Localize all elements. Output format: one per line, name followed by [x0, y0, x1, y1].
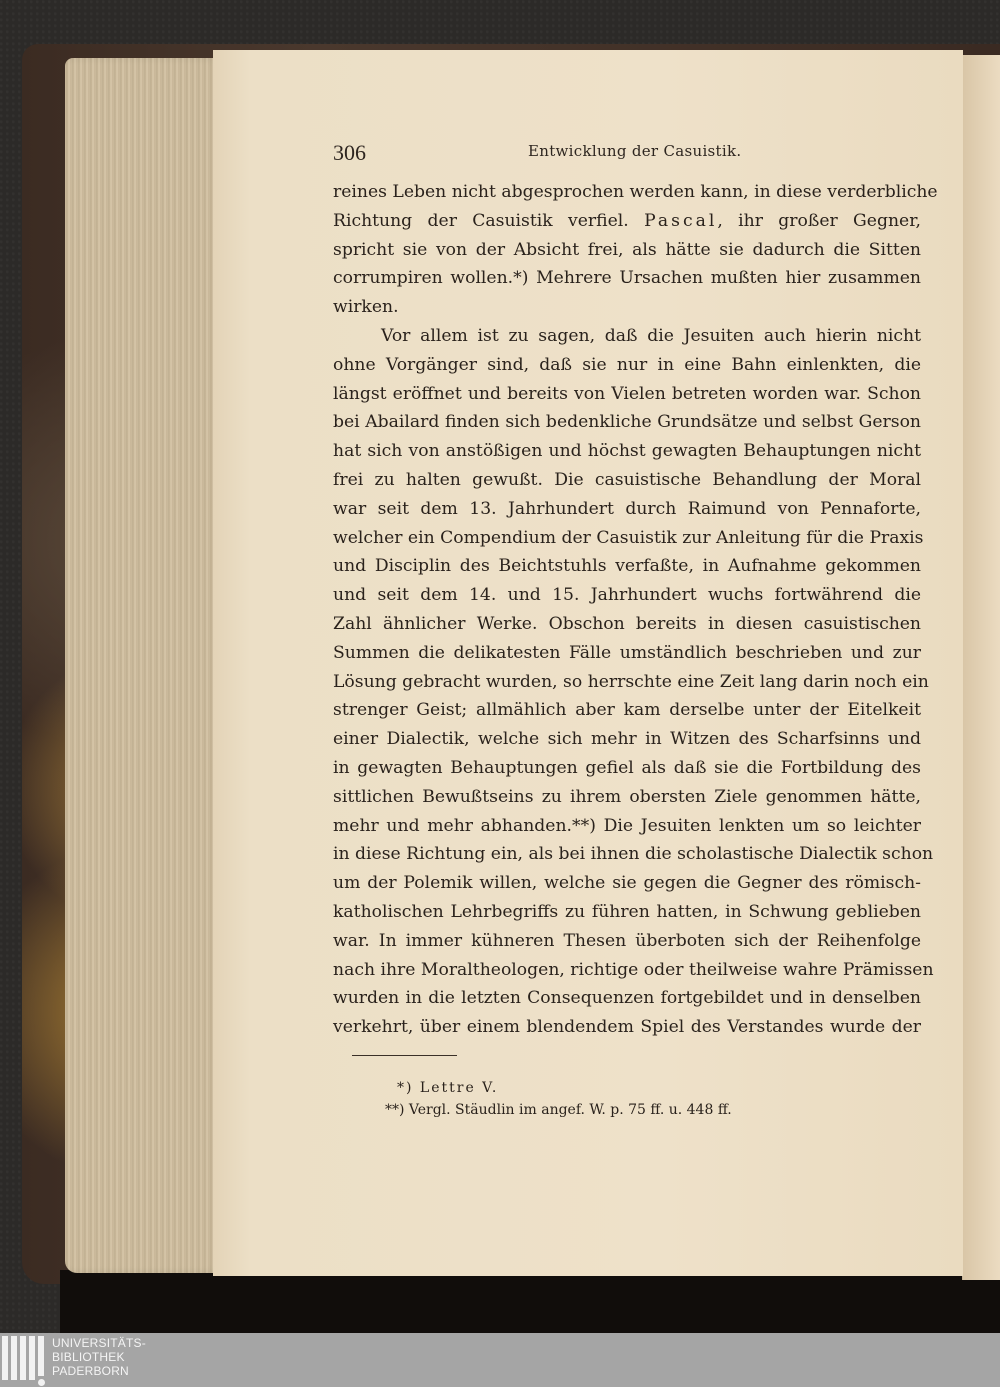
- text-line: war seit dem 13. Jahrhundert durch Raimu…: [333, 495, 921, 524]
- paragraph-start: Vor allem ist zu sagen, daß die Jesuiten…: [333, 322, 921, 351]
- text-line: frei zu halten gewußt. Die casuistische …: [333, 466, 921, 495]
- book-shadow: [60, 1270, 1000, 1333]
- library-name-line: PADERBORN: [52, 1364, 146, 1378]
- text-line: Richtung der Casuistik verfiel. Pascal, …: [333, 207, 921, 236]
- text-span: Richtung der Casuistik verfiel.: [333, 211, 629, 231]
- footnote-2: **) Vergl. Stäudlin im angef. W. p. 75 f…: [385, 1099, 885, 1121]
- facing-page-edge: [962, 55, 1000, 1280]
- library-footer: UNIVERSITÄTS- BIBLIOTHEK PADERBORN: [0, 1333, 1000, 1387]
- text-line: hat sich von anstößigen und höchst gewag…: [333, 437, 921, 466]
- text-line: reines Leben nicht abgesprochen werden k…: [333, 178, 921, 207]
- text-line: bei Abailard finden sich bedenkliche Gru…: [333, 408, 921, 437]
- text-line: strenger Geist; allmählich aber kam ders…: [333, 696, 921, 725]
- name-pascal: Pascal: [644, 211, 717, 231]
- running-head-title: Entwicklung der Casuistik.: [528, 142, 741, 160]
- text-line: ohne Vorgänger sind, daß sie nur in eine…: [333, 351, 921, 380]
- text-line: mehr und mehr abhanden.**) Die Jesuiten …: [333, 812, 921, 841]
- text-line: Summen die delikatesten Fälle umständlic…: [333, 639, 921, 668]
- text-line: Lösung gebracht wurden, so herrschte ein…: [333, 668, 921, 697]
- footnote-divider: [352, 1055, 457, 1056]
- text-line: wirken.: [333, 293, 921, 322]
- library-name-line: UNIVERSITÄTS-: [52, 1336, 146, 1350]
- text-line: nach ihre Moraltheologen, richtige oder …: [333, 956, 921, 985]
- text-line: in gewagten Behauptungen gefiel als daß …: [333, 754, 921, 783]
- library-name: UNIVERSITÄTS- BIBLIOTHEK PADERBORN: [52, 1336, 146, 1378]
- text-line: sittlichen Bewußtseins zu ihrem obersten…: [333, 783, 921, 812]
- text-line: corrumpiren wollen.*) Mehrere Ursachen m…: [333, 264, 921, 293]
- library-logo-icon: [2, 1336, 44, 1384]
- text-span: , ihr großer Gegner,: [717, 211, 921, 231]
- text-line: in diese Richtung ein, als bei ihnen die…: [333, 840, 921, 869]
- text-line: um der Polemik willen, welche sie gegen …: [333, 869, 921, 898]
- body-text: reines Leben nicht abgesprochen werden k…: [333, 178, 921, 1042]
- text-line: längst eröffnet und bereits von Vielen b…: [333, 380, 921, 409]
- text-line: war. In immer kühneren Thesen überboten …: [333, 927, 921, 956]
- text-line: verkehrt, über einem blendendem Spiel de…: [333, 1013, 921, 1042]
- text-line: und Disciplin des Beichtstuhls verfaßte,…: [333, 552, 921, 581]
- text-line: einer Dialectik, welche sich mehr in Wit…: [333, 725, 921, 754]
- running-head: 306 Entwicklung der Casuistik.: [333, 140, 923, 170]
- footnote-1: *) Lettre V.: [385, 1077, 885, 1099]
- page-number: 306: [333, 140, 366, 166]
- page-edges: [65, 58, 220, 1273]
- library-name-line: BIBLIOTHEK: [52, 1350, 146, 1364]
- text-line: Zahl ähnlicher Werke. Obschon bereits in…: [333, 610, 921, 639]
- text-line: wurden in die letzten Consequenzen fortg…: [333, 984, 921, 1013]
- text-line: welcher ein Compendium der Casuistik zur…: [333, 524, 921, 553]
- footnotes: *) Lettre V. **) Vergl. Stäudlin im ange…: [385, 1077, 885, 1121]
- text-line: und seit dem 14. und 15. Jahrhundert wuc…: [333, 581, 921, 610]
- text-line: katholischen Lehrbegriffs zu führen hatt…: [333, 898, 921, 927]
- text-line: spricht sie von der Absicht frei, als hä…: [333, 236, 921, 265]
